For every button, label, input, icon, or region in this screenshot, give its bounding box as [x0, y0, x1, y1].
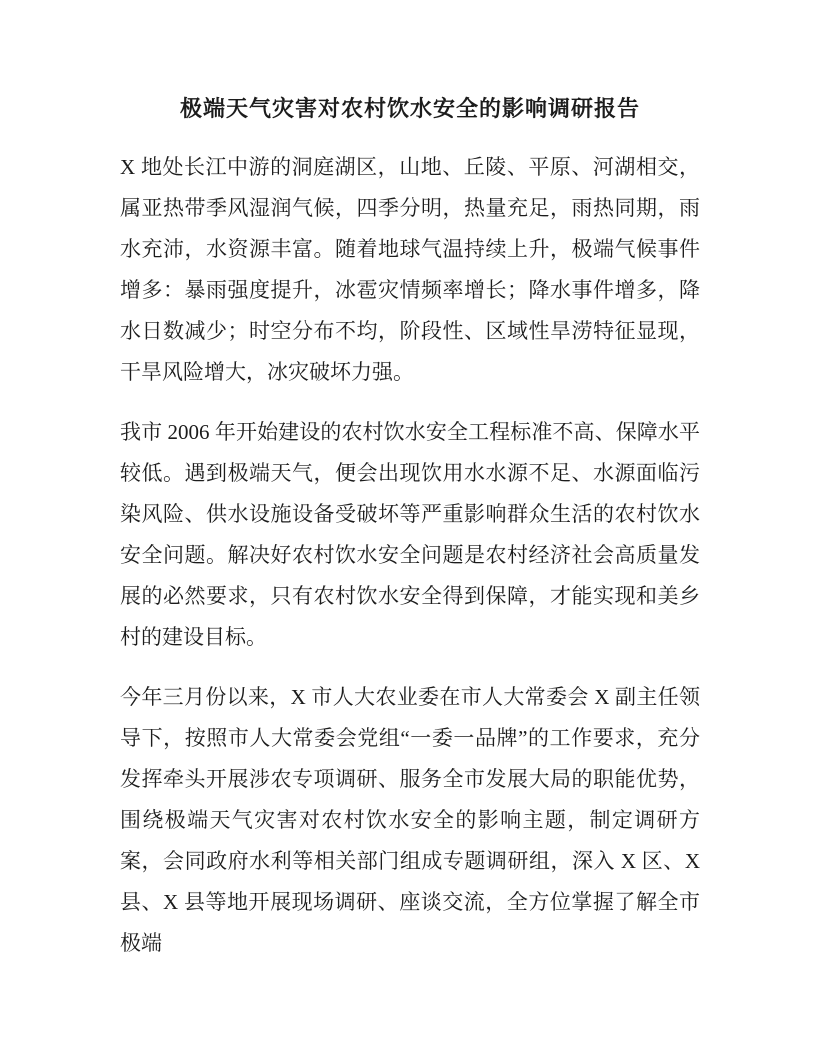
document-content: 极端天气灾害对农村饮水安全的影响调研报告 X 地处长江中游的洞庭湖区，山地、丘陵… [120, 0, 700, 983]
paragraph-research-activities: 今年三月份以来，X 市人大农业委在市人大常委会 X 副主任领导下，按照市人大常委… [120, 677, 700, 964]
document-title: 极端天气灾害对农村饮水安全的影响调研报告 [120, 88, 700, 129]
paragraph-intro-geography: X 地处长江中游的洞庭湖区，山地、丘陵、平原、河湖相交，属亚热带季风湿润气候，四… [120, 147, 700, 393]
paragraph-water-safety-issues: 我市 2006 年开始建设的农村饮水安全工程标准不高、保障水平较低。遇到极端天气… [120, 412, 700, 658]
document-page: 极端天气灾害对农村饮水安全的影响调研报告 X 地处长江中游的洞庭湖区，山地、丘陵… [0, 0, 816, 1056]
